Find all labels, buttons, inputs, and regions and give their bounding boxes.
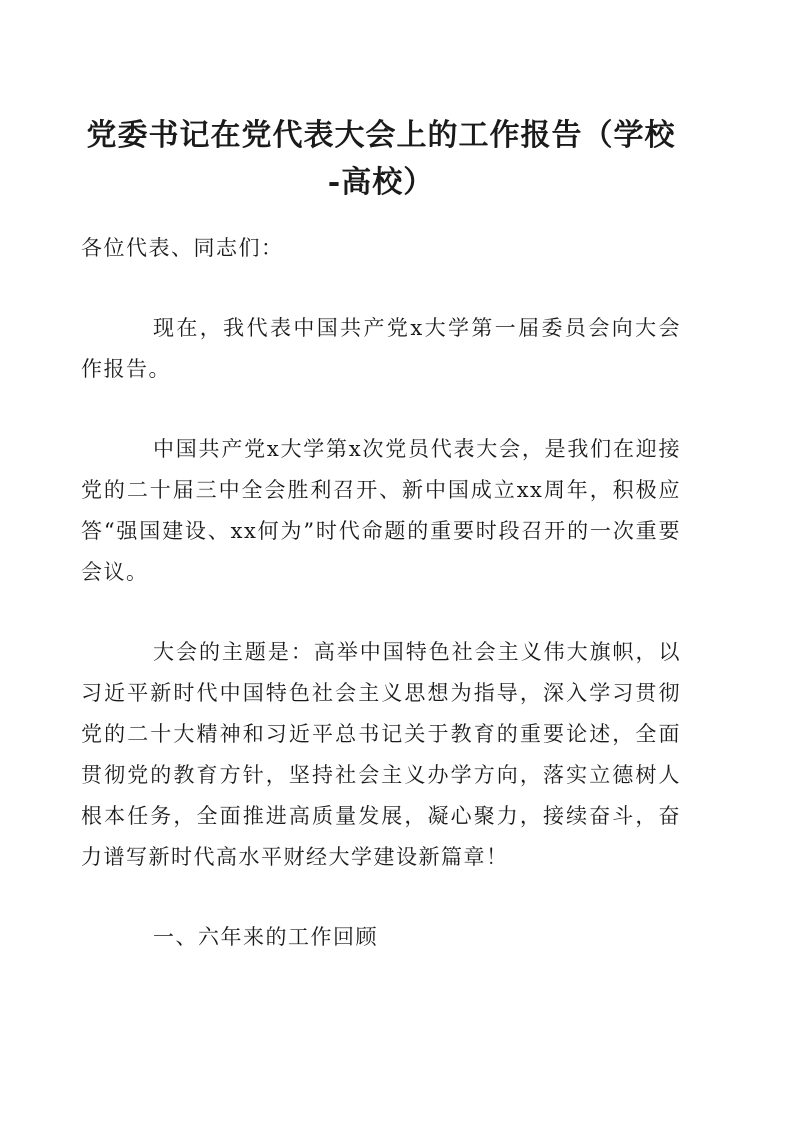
salutation-line: 各位代表、同志们： bbox=[81, 228, 681, 269]
paragraph-intro: 现在，我代表中国共产党x大学第一届委员会向大会作报告。 bbox=[81, 308, 681, 390]
title-line-1: 党委书记在党代表大会上的工作报告（学校 bbox=[81, 112, 681, 159]
paragraph-meeting-theme: 大会的主题是：高举中国特色社会主义伟大旗帜，以习近平新时代中国特色社会主义思想为… bbox=[81, 632, 681, 878]
document-page: 党委书记在党代表大会上的工作报告（学校 -高校） 各位代表、同志们： 现在，我代… bbox=[0, 0, 793, 1122]
document-title: 党委书记在党代表大会上的工作报告（学校 -高校） bbox=[81, 112, 681, 206]
document-content: 党委书记在党代表大会上的工作报告（学校 -高校） 各位代表、同志们： 现在，我代… bbox=[81, 112, 681, 958]
title-line-2: -高校） bbox=[81, 159, 681, 206]
paragraph-meeting-context: 中国共产党x大学第x次党员代表大会，是我们在迎接党的二十届三中全会胜利召开、新中… bbox=[81, 429, 681, 593]
section-heading-work-review: 一、六年来的工作回顾 bbox=[81, 917, 681, 958]
